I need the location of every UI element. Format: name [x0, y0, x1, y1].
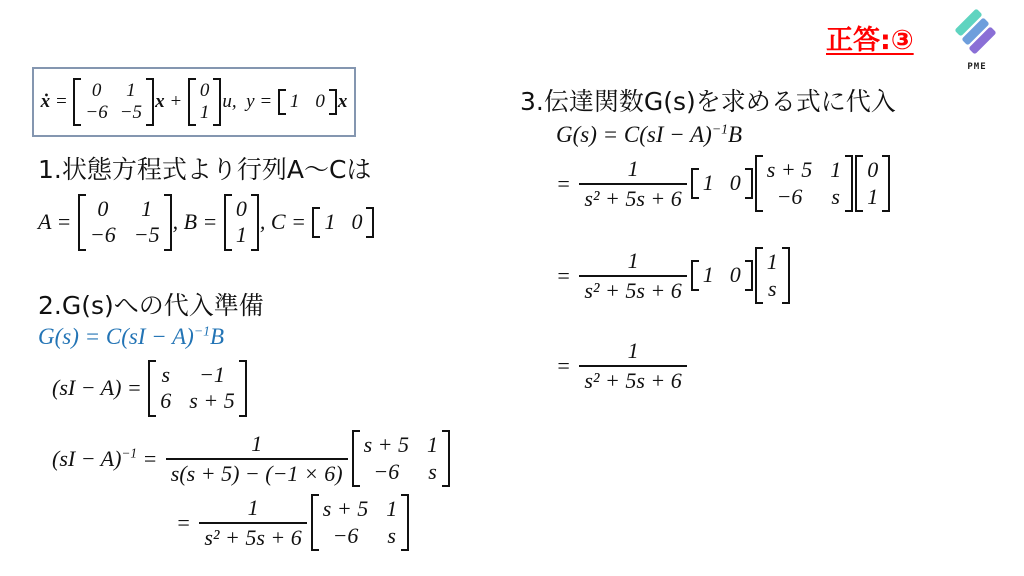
matrix-cell: 0	[97, 196, 108, 222]
row-cell: 0	[351, 209, 362, 235]
bracket-left	[224, 194, 232, 251]
si-minus-a-equation: (sI − A) = s −1 6 s + 5	[52, 360, 248, 417]
a-equals: A =	[38, 209, 77, 235]
row-cell: 1	[703, 262, 714, 288]
vector-cells: 0 1	[232, 194, 251, 251]
transfer-function-formula-blue: G(s) = C(sI − A)−1B	[38, 324, 224, 350]
row-vector-c: 1 0	[312, 207, 374, 237]
row-cells: 1 0	[286, 89, 329, 115]
matrix-cell: s	[162, 362, 171, 388]
vector-b: 0 1	[224, 194, 259, 251]
vector-cell: s	[768, 276, 777, 302]
bracket-right	[366, 207, 374, 237]
vector-cell: 1	[767, 249, 778, 275]
inverse-exponent: −1	[194, 323, 210, 338]
vector-b: 0 1	[188, 78, 222, 126]
pme-logo: PME	[946, 6, 1008, 78]
matrix-cell: s	[428, 459, 437, 485]
row-cells: 1 0	[320, 207, 366, 237]
matrix-cell: 1	[386, 496, 397, 522]
reduced-product-equation: = 1 s² + 5s + 6 1 0 1 s	[556, 247, 791, 304]
x-vector: x	[338, 91, 348, 113]
adjugate-matrix: s + 5 1 −6 s	[352, 430, 450, 487]
bracket-right	[745, 260, 753, 290]
fraction-denominator: s² + 5s + 6	[199, 522, 306, 552]
fraction-denominator: s² + 5s + 6	[579, 183, 686, 213]
fraction-denominator: s² + 5s + 6	[579, 275, 686, 305]
matrix-cells: s + 5 1 −6 s	[319, 494, 401, 551]
matrix-cells: s + 5 1 −6 s	[763, 155, 845, 212]
fraction-denominator: s² + 5s + 6	[579, 365, 686, 395]
abc-definition-equation: A = 0 1 −6 −5 , B = 0 1 , C = 1	[38, 194, 375, 251]
matrix-cells: s + 5 1 −6 s	[360, 430, 442, 487]
c-equals: , C =	[260, 209, 312, 235]
column-vector-result: 1 s	[755, 247, 790, 304]
row-cells: 1 0	[699, 168, 745, 198]
inverse-simplified-equation: = 1 s² + 5s + 6 s + 5 1 −6 s	[176, 494, 410, 551]
matrix-cell: −6	[333, 523, 359, 549]
row-cell: 0	[730, 262, 741, 288]
u-and-output-eq: u, y =	[222, 91, 277, 113]
fraction-numerator: 1	[628, 247, 639, 275]
gain-fraction: 1 s² + 5s + 6	[579, 247, 686, 304]
matrix-cell: −6	[777, 184, 803, 210]
vector-cell: 0	[867, 157, 878, 183]
matrix-cell: s	[831, 184, 840, 210]
matrix-cell: −6	[85, 102, 107, 124]
vector-cell: 0	[236, 196, 247, 222]
xdot-symbol: ẋ	[41, 91, 51, 113]
matrix-cell: −5	[134, 222, 160, 248]
matrix-cell: 1	[126, 80, 136, 102]
bracket-left	[691, 168, 699, 198]
adjugate-matrix: s + 5 1 −6 s	[311, 494, 409, 551]
matrix-cells: 0 1 −6 −5	[81, 78, 146, 126]
bracket-left	[755, 155, 763, 212]
bracket-right	[164, 194, 172, 251]
vector-cells: 1 s	[763, 247, 782, 304]
matrix-cell: 1	[141, 196, 152, 222]
section2-heading: 2.G(s)への代入準備	[38, 286, 264, 322]
bracket-left	[188, 78, 196, 126]
b-equals: , B =	[173, 209, 223, 235]
section3-heading: 3.伝達関数G(s)を求める式に代入	[520, 82, 896, 118]
logo-label: PME	[946, 62, 1008, 72]
vector-b: 0 1	[855, 155, 890, 212]
matrix-cell: s + 5	[189, 388, 234, 414]
vector-cell: 1	[200, 102, 210, 124]
bracket-right	[329, 89, 337, 115]
fraction-numerator: 1	[628, 337, 639, 365]
matrix-cell: s + 5	[767, 157, 812, 183]
equals-sign: =	[176, 510, 196, 536]
bracket-left	[311, 494, 319, 551]
row-vector-c: 1 0	[691, 168, 753, 198]
equals-sign: =	[556, 353, 576, 379]
matrix-cell: −6	[373, 459, 399, 485]
matrix-a: 0 1 −6 −5	[73, 78, 154, 126]
matrix-cell: s	[387, 523, 396, 549]
correct-answer-label: 正答:③	[826, 18, 914, 57]
bracket-right	[845, 155, 853, 212]
matrix-cells: 0 1 −6 −5	[86, 194, 164, 251]
inverse-lhs: (sI − A)−1 =	[52, 446, 163, 472]
bracket-left	[73, 78, 81, 126]
bracket-left	[691, 260, 699, 290]
equals-sign: =	[50, 91, 72, 113]
final-result-equation: = 1 s² + 5s + 6	[556, 337, 690, 394]
slide: 正答:③ PME ẋ = 0 1 −6 −5 x + 0 1	[0, 0, 1024, 576]
bracket-right	[146, 78, 154, 126]
fraction-numerator: 1	[628, 155, 639, 183]
bracket-left	[352, 430, 360, 487]
vector-cell: 1	[236, 222, 247, 248]
x-vector: x	[155, 91, 165, 113]
simplified-fraction: 1 s² + 5s + 6	[199, 494, 306, 551]
vector-cell: 0	[200, 80, 210, 102]
determinant-fraction: 1 s(s + 5) − (−1 × 6)	[166, 430, 348, 487]
substitution-equation: = 1 s² + 5s + 6 1 0 s + 5 1 −6 s	[556, 155, 891, 212]
final-fraction: 1 s² + 5s + 6	[579, 337, 686, 394]
fraction-numerator: 1	[251, 430, 262, 458]
bracket-right	[745, 168, 753, 198]
vector-cells: 0 1	[196, 78, 214, 126]
bracket-right	[213, 78, 221, 126]
row-vector-c: 1 0	[278, 89, 337, 115]
bracket-right	[251, 194, 259, 251]
gain-fraction: 1 s² + 5s + 6	[579, 155, 686, 212]
si-minus-a-matrix: s −1 6 s + 5	[148, 360, 246, 417]
matrix-cell: s + 5	[323, 496, 368, 522]
vector-cell: 1	[867, 184, 878, 210]
matrix-a: 0 1 −6 −5	[78, 194, 172, 251]
formula-token: G(s) = C(sI − A)−1B	[38, 324, 224, 350]
matrix-cell: 1	[830, 157, 841, 183]
equals-sign: =	[556, 171, 576, 197]
bracket-left	[78, 194, 86, 251]
si-minus-a-lhs: (sI − A) =	[52, 375, 147, 401]
bracket-right	[401, 494, 409, 551]
bracket-left	[312, 207, 320, 237]
bracket-left	[148, 360, 156, 417]
vector-cells: 0 1	[863, 155, 882, 212]
equals-sign: =	[556, 263, 576, 289]
inverse-exponent: −1	[121, 445, 137, 460]
row-cell: 1	[290, 91, 300, 113]
row-cell: 0	[730, 170, 741, 196]
bracket-right	[882, 155, 890, 212]
formula-token: G(s) = C(sI − A)−1B	[556, 122, 742, 148]
row-cells: 1 0	[699, 260, 745, 290]
bracket-right	[782, 247, 790, 304]
transfer-function-formula: G(s) = C(sI − A)−1B	[556, 122, 742, 148]
bracket-right	[239, 360, 247, 417]
bracket-left	[855, 155, 863, 212]
inverse-exponent: −1	[712, 121, 728, 136]
row-cell: 1	[703, 170, 714, 196]
bracket-left	[278, 89, 286, 115]
matrix-cells: s −1 6 s + 5	[156, 360, 238, 417]
row-cell: 1	[324, 209, 335, 235]
plus-sign: +	[165, 91, 187, 113]
fraction-numerator: 1	[248, 494, 259, 522]
bracket-left	[755, 247, 763, 304]
matrix-cell: s + 5	[364, 432, 409, 458]
matrix-cell: −5	[120, 102, 142, 124]
inverse-matrix-equation: (sI − A)−1 = 1 s(s + 5) − (−1 × 6) s + 5…	[52, 430, 451, 487]
adjugate-matrix: s + 5 1 −6 s	[755, 155, 853, 212]
matrix-cell: −1	[199, 362, 225, 388]
row-vector-c: 1 0	[691, 260, 753, 290]
matrix-cell: −6	[90, 222, 116, 248]
bracket-right	[442, 430, 450, 487]
fraction-denominator: s(s + 5) − (−1 × 6)	[166, 458, 348, 488]
state-equation-box: ẋ = 0 1 −6 −5 x + 0 1 u, y =	[32, 67, 356, 137]
matrix-cell: 6	[160, 388, 171, 414]
matrix-cell: 0	[92, 80, 102, 102]
matrix-cell: 1	[427, 432, 438, 458]
row-cell: 0	[315, 91, 325, 113]
section1-heading: 1.状態方程式より行列A〜Cは	[38, 150, 371, 186]
